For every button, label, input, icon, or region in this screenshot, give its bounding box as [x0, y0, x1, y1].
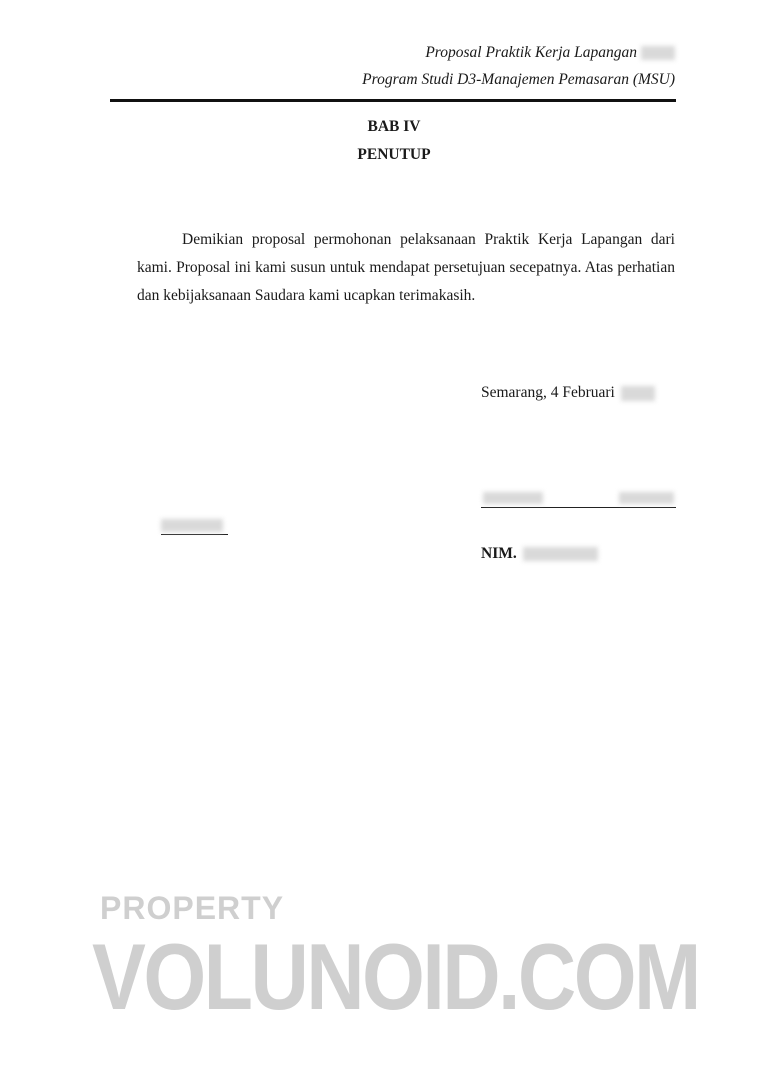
- redacted-name: [161, 519, 223, 532]
- student-nim: NIM.: [481, 545, 598, 563]
- redacted-nim: [523, 547, 598, 561]
- place-date: Semarang, 4 Februari: [481, 384, 655, 402]
- header-proposal-title: Proposal Praktik Kerja Lapangan: [425, 44, 637, 61]
- redacted-year: [641, 46, 675, 60]
- redacted-name-part: [619, 492, 674, 504]
- place-date-text: Semarang, 4 Februari: [481, 384, 615, 401]
- running-header-line-2: Program Studi D3-Manajemen Pemasaran (MS…: [362, 71, 675, 89]
- document-page: Proposal Praktik Kerja Lapangan Program …: [0, 0, 768, 1085]
- closing-paragraph: Demikian proposal permohonan pelaksanaan…: [137, 226, 675, 310]
- watermark-site: VOLUNOID.COM: [92, 930, 699, 1024]
- nim-label: NIM.: [481, 545, 517, 562]
- redacted-name-part: [483, 492, 543, 504]
- student-signature-name: [481, 489, 676, 508]
- paragraph-text: Demikian proposal permohonan pelaksanaan…: [137, 226, 675, 310]
- watermark-property: PROPERTY: [100, 890, 284, 927]
- chapter-number: BAB IV: [0, 118, 768, 136]
- chapter-title: PENUTUP: [0, 146, 768, 164]
- header-rule: [110, 99, 676, 102]
- advisor-signature-name: [161, 516, 228, 535]
- redacted-year: [621, 386, 655, 401]
- running-header-line-1: Proposal Praktik Kerja Lapangan: [425, 44, 675, 62]
